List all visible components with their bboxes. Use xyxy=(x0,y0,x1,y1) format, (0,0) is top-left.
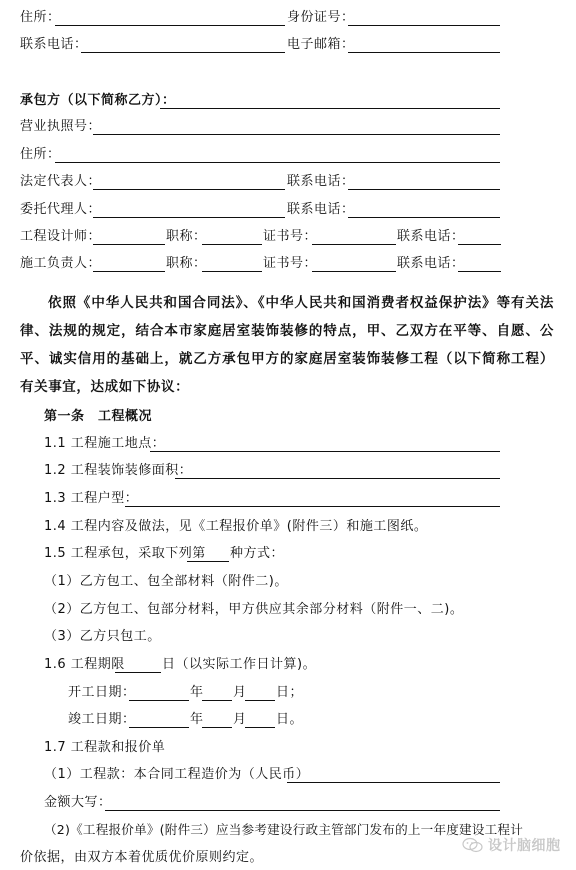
phone-label: 联系电话： xyxy=(20,35,88,55)
item-1-5-pre: 1.5 工程承包，采取下列第 xyxy=(44,544,206,564)
item-1-7-2-line2: 价依据，由双方本着优质优价原则约定。 xyxy=(20,848,263,868)
construction-lead-cert-label: 证书号： xyxy=(263,254,317,274)
watermark: 设计脑细胞 xyxy=(462,834,561,856)
area-field[interactable] xyxy=(175,478,500,479)
construction-lead-phone-field[interactable] xyxy=(458,271,501,272)
designer-title-field[interactable] xyxy=(202,244,262,245)
construction-lead-row: 施工负责人： 职称： 证书号： 联系电话： xyxy=(0,254,576,274)
party-b-title-row: 承包方（以下简称乙方）： xyxy=(0,91,576,111)
designer-phone-field[interactable] xyxy=(458,244,501,245)
designer-phone-label: 联系电话： xyxy=(397,227,465,247)
designer-cert-label: 证书号： xyxy=(263,227,317,247)
item-1-2-row: 1.2 工程装饰装修面积： xyxy=(0,461,576,481)
legal-rep-field[interactable] xyxy=(93,189,285,190)
item-1-6-post: 日（以实际工作日计算)。 xyxy=(162,655,316,675)
item-1-7-1-row: （1）工程款：本合同工程造价为（人民币） xyxy=(0,765,576,785)
contract-mode-field[interactable] xyxy=(187,561,229,562)
legal-rep-phone-field[interactable] xyxy=(348,189,500,190)
construction-lead-label: 施工负责人： xyxy=(20,254,101,274)
contract-price-field[interactable] xyxy=(287,782,500,783)
phone-row-a: 联系电话： 电子邮箱： xyxy=(0,35,576,55)
item-1-5-row: 1.5 工程承包，采取下列第 种方式： xyxy=(0,544,576,564)
wechat-icon xyxy=(462,837,484,853)
article-1-title-row: 第一条 工程概况 xyxy=(0,407,576,427)
email-label: 电子邮箱： xyxy=(287,35,355,55)
duration-field[interactable] xyxy=(115,672,161,673)
item-1-1-label: 1.1 工程施工地点： xyxy=(44,434,165,454)
email-field[interactable] xyxy=(348,52,500,53)
item-1-4-text: 1.4 工程内容及做法，见《工程报价单》(附件三）和施工图纸。 xyxy=(44,517,427,537)
article-1-title: 第一条 工程概况 xyxy=(44,407,152,427)
option-3-text: （3）乙方只包工。 xyxy=(44,627,161,647)
option-1-text: （1）乙方包工、包全部材料（附件二)。 xyxy=(44,572,288,592)
end-date-label: 竣工日期： xyxy=(68,710,136,730)
option-2-row: （2）乙方包工、包部分材料，甲方供应其余部分材料（附件一、二)。 xyxy=(0,600,576,620)
designer-label: 工程设计师： xyxy=(20,227,101,247)
preamble-paragraph: 依照《中华人民共和国合同法》、《中华人民共和国消费者权益保护法》等有关法律、法规… xyxy=(20,289,554,401)
start-day-field[interactable] xyxy=(245,700,275,701)
amount-words-field[interactable] xyxy=(105,810,500,811)
license-label: 营业执照号： xyxy=(20,117,101,137)
construction-lead-cert-field[interactable] xyxy=(312,271,396,272)
item-1-1-row: 1.1 工程施工地点： xyxy=(0,434,576,454)
party-b-title: 承包方（以下简称乙方）： xyxy=(20,91,176,111)
end-day-unit: 日。 xyxy=(276,710,303,730)
item-1-7-1-text: （1）工程款：本合同工程造价为（人民币） xyxy=(44,765,309,785)
address-row-b: 住所： xyxy=(0,145,576,165)
end-month-field[interactable] xyxy=(202,727,232,728)
license-row: 营业执照号： xyxy=(0,117,576,137)
unit-type-field[interactable] xyxy=(125,506,500,507)
watermark-text: 设计脑细胞 xyxy=(488,835,561,855)
id-number-label: 身份证号： xyxy=(287,8,355,28)
end-year-field[interactable] xyxy=(129,727,189,728)
option-2-text: （2）乙方包工、包部分材料，甲方供应其余部分材料（附件一、二)。 xyxy=(44,600,463,620)
agent-phone-field[interactable] xyxy=(348,217,500,218)
start-date-row: 开工日期： 年 月 日； xyxy=(0,683,576,703)
construction-lead-phone-label: 联系电话： xyxy=(397,254,465,274)
amount-words-label: 金额大写： xyxy=(44,793,112,813)
designer-cert-field[interactable] xyxy=(312,244,396,245)
address-row-a: 住所： 身份证号： xyxy=(0,8,576,28)
designer-row: 工程设计师： 职称： 证书号： 联系电话： xyxy=(0,227,576,247)
item-1-7-2-line1: （2)《工程报价单》(附件三）应当参考建设行政主管部门发布的上一年度建设工程计 xyxy=(44,820,523,840)
item-1-7-title: 1.7 工程款和报价单 xyxy=(44,738,165,758)
start-year-field[interactable] xyxy=(129,700,189,701)
legal-rep-row: 法定代表人： 联系电话： xyxy=(0,172,576,192)
end-date-row: 竣工日期： 年 月 日。 xyxy=(0,710,576,730)
construction-lead-title-label: 职称： xyxy=(166,254,207,274)
item-1-5-post: 种方式： xyxy=(230,544,284,564)
item-1-7-row: 1.7 工程款和报价单 xyxy=(0,738,576,758)
start-day-unit: 日； xyxy=(276,683,303,703)
option-3-row: （3）乙方只包工。 xyxy=(0,627,576,647)
address-field[interactable] xyxy=(55,25,285,26)
phone-field[interactable] xyxy=(81,52,285,53)
designer-field[interactable] xyxy=(93,244,165,245)
end-day-field[interactable] xyxy=(245,727,275,728)
item-1-2-label: 1.2 工程装饰装修面积： xyxy=(44,461,192,481)
option-1-row: （1）乙方包工、包全部材料（附件二)。 xyxy=(0,572,576,592)
license-field[interactable] xyxy=(93,134,500,135)
agent-phone-label: 联系电话： xyxy=(287,200,355,220)
agent-label: 委托代理人： xyxy=(20,200,101,220)
legal-rep-label: 法定代表人： xyxy=(20,172,101,192)
item-1-4-row: 1.4 工程内容及做法，见《工程报价单》(附件三）和施工图纸。 xyxy=(0,517,576,537)
party-b-name-field[interactable] xyxy=(160,108,500,109)
id-number-field[interactable] xyxy=(348,25,500,26)
start-month-field[interactable] xyxy=(202,700,232,701)
item-1-6-pre: 1.6 工程期限 xyxy=(44,655,125,675)
agent-field[interactable] xyxy=(93,217,285,218)
legal-rep-phone-label: 联系电话： xyxy=(287,172,355,192)
item-1-6-row: 1.6 工程期限 日（以实际工作日计算)。 xyxy=(0,655,576,675)
address-field-b[interactable] xyxy=(55,162,500,163)
agent-row: 委托代理人： 联系电话： xyxy=(0,200,576,220)
construction-lead-title-field[interactable] xyxy=(202,271,262,272)
site-location-field[interactable] xyxy=(150,451,500,452)
designer-title-label: 职称： xyxy=(166,227,207,247)
start-date-label: 开工日期： xyxy=(68,683,136,703)
construction-lead-field[interactable] xyxy=(93,271,165,272)
item-1-3-row: 1.3 工程户型： xyxy=(0,489,576,509)
amount-words-row: 金额大写： xyxy=(0,793,576,813)
